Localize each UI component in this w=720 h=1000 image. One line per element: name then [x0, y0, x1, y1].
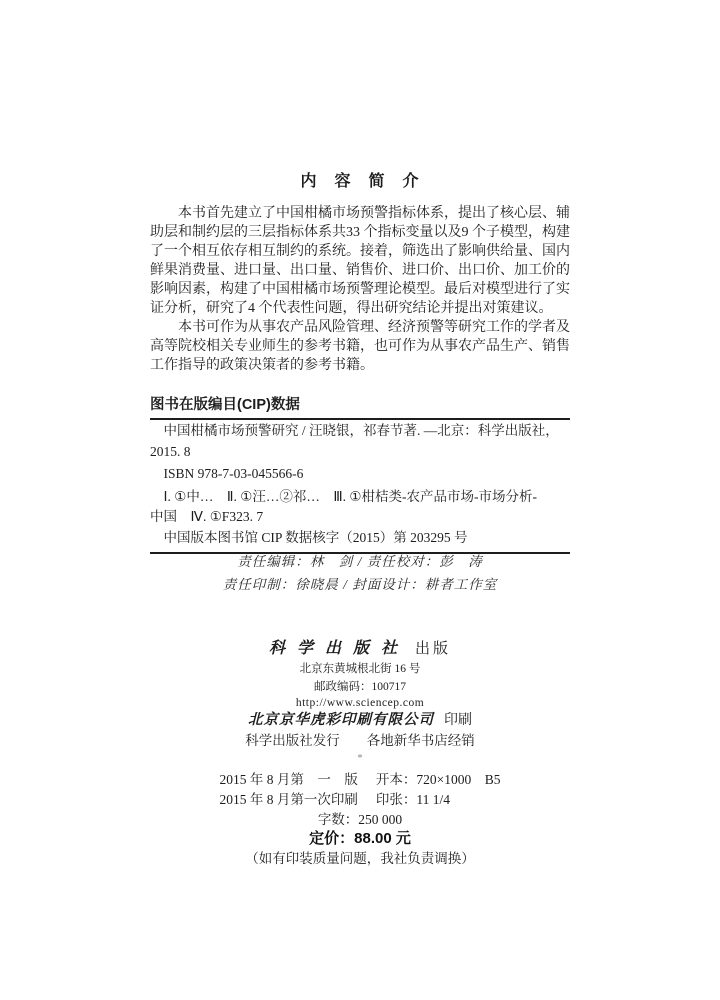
publisher-website: http://www.sciencep.com: [150, 696, 570, 710]
quality-notice-line: （如有印装质量问题，我社负责调换）: [150, 848, 570, 870]
imprint-section: 科 学 出 版 社 出版 北京东黄城根北街 16 号 邮政编码：100717 h…: [150, 638, 570, 870]
cip-data-section: 图书在版编目(CIP)数据 中国柑橘市场预警研究 / 汪晓银，祁春节著. —北京…: [150, 396, 570, 554]
cip-record-line2: 2015. 8: [150, 441, 570, 462]
wordcount-line: 字数：250 000: [150, 810, 570, 830]
cip-number-line: 中国版本图书馆 CIP 数据核字（2015）第 203295 号: [150, 527, 570, 548]
sheets-text: 印张：11 1/4: [376, 792, 450, 807]
publisher-postcode: 邮政编码：100717: [150, 678, 570, 696]
distribution-line: 科学出版社发行 各地新华书店经销: [150, 730, 570, 752]
book-colophon-page: 内 容 简 介 本书首先建立了中国柑橘市场预警指标体系，提出了核心层、辅助层和制…: [0, 0, 720, 1000]
isbn-line: ISBN 978-7-03-045566-6: [150, 462, 570, 486]
printer-name: 北京京华虎彩印刷有限公司: [248, 712, 434, 728]
format-text: 开本：720×1000 B5: [376, 772, 501, 787]
cip-header: 图书在版编目(CIP)数据: [150, 396, 570, 414]
printing-sheets-line: 2015 年 8 月第一次印刷印张：11 1/4: [220, 790, 501, 810]
summary-paragraph-1: 本书首先建立了中国柑橘市场预警指标体系，提出了核心层、辅助层和制约层的三层指标体…: [150, 204, 570, 318]
print-label: 印刷: [444, 713, 472, 728]
edition-block: 2015 年 8 月第 一 版开本：720×1000 B5 2015 年 8 月…: [220, 770, 501, 810]
publisher-address: 北京东黄城根北街 16 号: [150, 660, 570, 678]
printing-text: 2015 年 8 月第一次印刷: [220, 792, 358, 807]
asterisk-divider: *: [150, 752, 570, 764]
summary-paragraph-2: 本书可作为从事农产品风险管理、经济预警等研究工作的学者及高等院校相关专业师生的参…: [150, 318, 570, 375]
printer-line: 北京京华虎彩印刷有限公司 印刷: [150, 710, 570, 730]
publish-label: 出版: [415, 641, 451, 657]
publisher-logotype: 科 学 出 版 社: [269, 640, 401, 657]
staff-line-print-design: 责任印制：徐晓晨 / 封面设计：耕者工作室: [150, 573, 570, 596]
edition-text: 2015 年 8 月第 一 版: [220, 772, 358, 787]
classification-line1: Ⅰ. ①中… Ⅱ. ①汪…②祁… Ⅲ. ①柑桔类-农产品市场-市场分析-: [150, 486, 570, 507]
content-summary-section: 内 容 简 介 本书首先建立了中国柑橘市场预警指标体系，提出了核心层、辅助层和制…: [150, 168, 570, 375]
section-title: 内 容 简 介: [150, 168, 570, 191]
staff-line-editors: 责任编辑：林 剑 / 责任校对：彭 涛: [150, 550, 570, 573]
cip-record-line1: 中国柑橘市场预警研究 / 汪晓银，祁春节著. —北京：科学出版社，: [150, 420, 570, 441]
classification-line2: 中国 Ⅳ. ①F323. 7: [150, 507, 570, 527]
publisher-line: 科 学 出 版 社 出版: [150, 638, 570, 660]
edition-format-line: 2015 年 8 月第 一 版开本：720×1000 B5: [220, 770, 501, 790]
editorial-staff-section: 责任编辑：林 剑 / 责任校对：彭 涛 责任印制：徐晓晨 / 封面设计：耕者工作…: [150, 550, 570, 596]
price-line: 定价：88.00 元: [150, 830, 570, 848]
